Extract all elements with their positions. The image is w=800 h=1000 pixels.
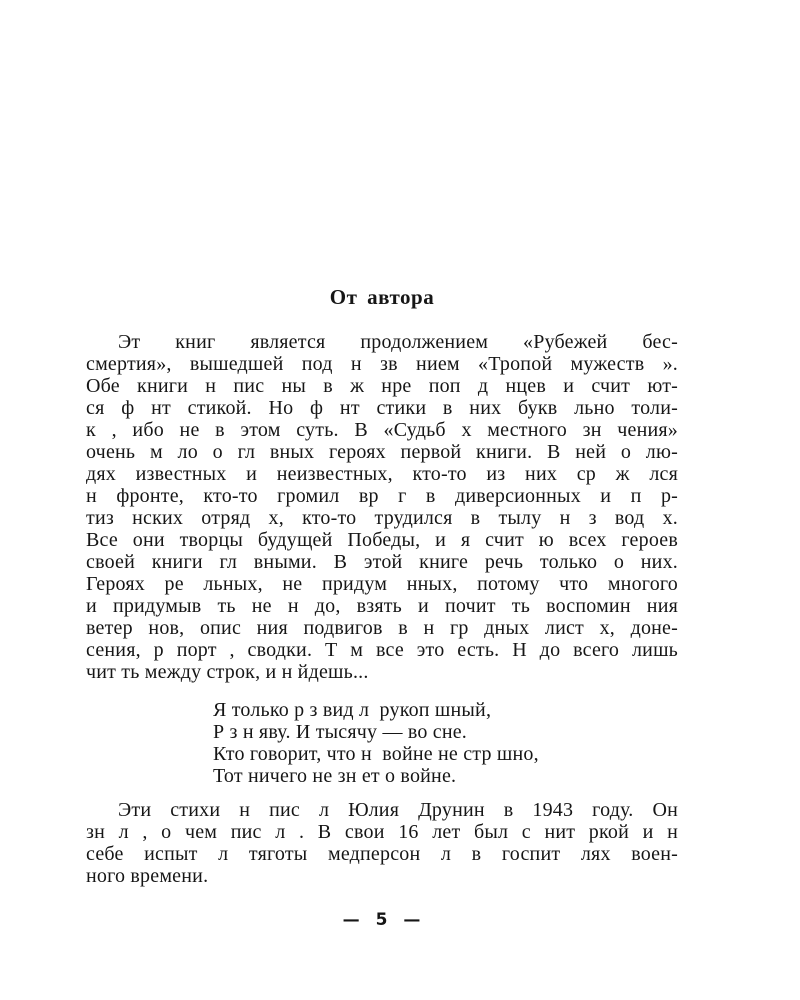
paragraph-line: сения, р порт , сводки. Т м все это есть…	[86, 639, 678, 661]
paragraph-line: и придумыв ть не н до, взять и почит ть …	[86, 595, 678, 617]
paragraph-line: чит ть между строк, и н йдешь...	[86, 661, 678, 683]
poem-line: Кто говорит, что н войне не стр шно,	[213, 743, 800, 765]
page-number: — 5 —	[86, 909, 678, 931]
paragraph-line: ся ф нт стикой. Но ф нт стики в них букв…	[86, 397, 678, 419]
paragraph-line: смертия», вышедшей под н зв нием «Тропой…	[86, 353, 678, 375]
paragraph-author-intro: Эт книг является продолжением «Рубежей б…	[86, 331, 678, 683]
paragraph-line: Обе книги н пис ны в ж нре поп д нцев и …	[86, 375, 678, 397]
poem-quote: Я только р з вид л рукоп шный, Р з н яву…	[213, 699, 800, 787]
paragraph-line: зн л , о чем пис л . В свои 16 лет был с…	[86, 821, 678, 843]
paragraph-line: к , ибо не в этом суть. В «Судьб х местн…	[86, 419, 678, 441]
paragraph-line: ветер нов, опис ния подвигов в н гр дных…	[86, 617, 678, 639]
paragraph-line: н фронте, кто-то громил вр г в диверсион…	[86, 485, 678, 507]
paragraph-line: Эт книг является продолжением «Рубежей б…	[86, 331, 678, 353]
paragraph-line: дях известных и неизвестных, кто-то из н…	[86, 463, 678, 485]
paragraph-line: Героях ре льных, не придум нных, потому …	[86, 573, 678, 595]
book-page: От автора Эт книг является продолжением …	[0, 0, 800, 1000]
poem-line: Тот ничего не зн ет о войне.	[213, 765, 800, 787]
chapter-title: От автора	[86, 285, 678, 309]
paragraph-line: ного времени.	[86, 865, 678, 887]
poem-line: Р з н яву. И тысячу — во сне.	[213, 721, 800, 743]
paragraph-line: Все они творцы будущей Победы, и я счит …	[86, 529, 678, 551]
paragraph-line: Эти стихи н пис л Юлия Друнин в 1943 год…	[86, 799, 678, 821]
paragraph-about-poet: Эти стихи н пис л Юлия Друнин в 1943 год…	[86, 799, 678, 887]
poem-line: Я только р з вид л рукоп шный,	[213, 699, 800, 721]
paragraph-line: своей книги гл вными. В этой книге речь …	[86, 551, 678, 573]
paragraph-line: очень м ло о гл вных героях первой книги…	[86, 441, 678, 463]
paragraph-line: себе испыт л тяготы медперсон л в госпит…	[86, 843, 678, 865]
paragraph-line: тиз нских отряд х, кто-то трудился в тыл…	[86, 507, 678, 529]
